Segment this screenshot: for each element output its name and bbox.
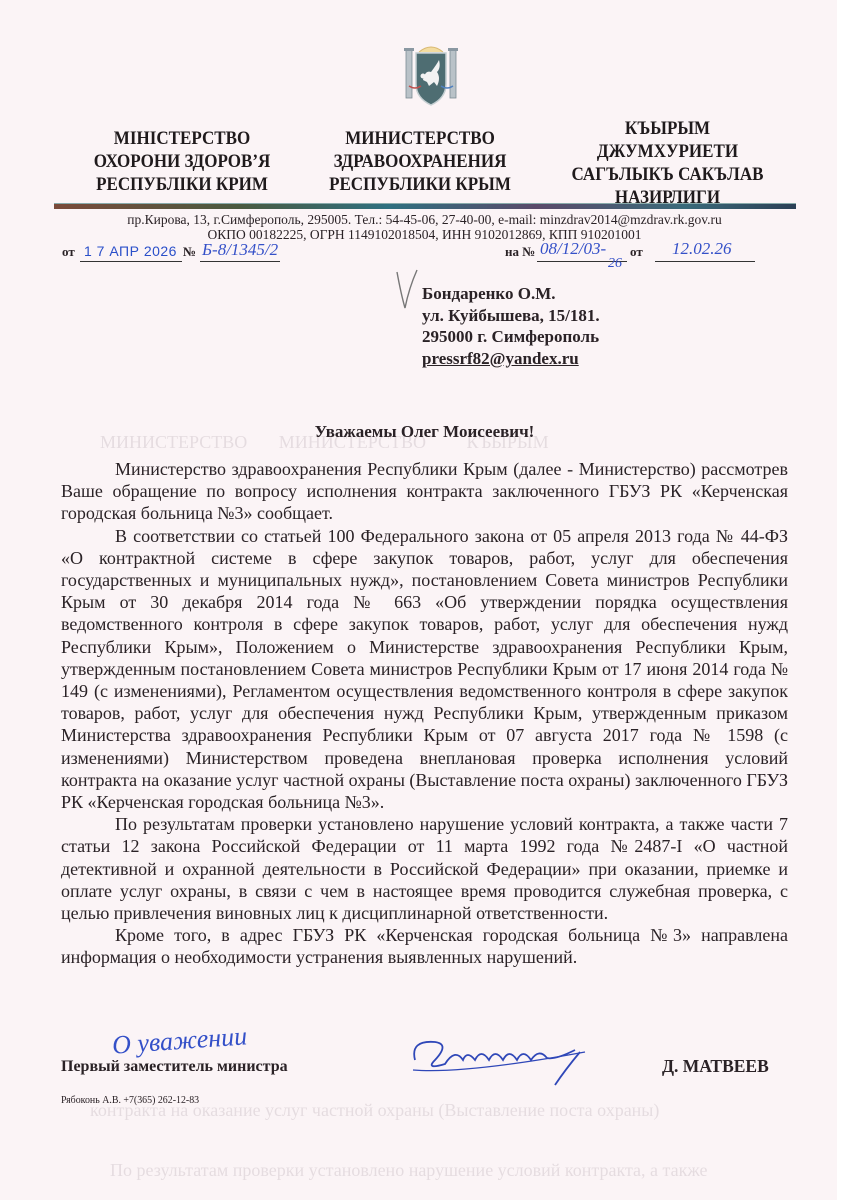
- signature-scribble-icon: [405, 1030, 615, 1090]
- heading-line: ДЖУМХУРИЕТИ: [555, 141, 780, 164]
- ministry-name-ukrainian: МІНІСТЕРСТВО ОХОРОНИ ЗДОРОВ’Я РЕСПУБЛІКИ…: [73, 128, 290, 197]
- outgoing-number-handwritten: Б-8/1345/2: [202, 240, 278, 260]
- handwritten-checkmark-icon: [395, 268, 419, 312]
- scan-edge: [837, 0, 849, 1200]
- reply-date-handwritten: 12.02.26: [672, 239, 732, 259]
- heading-line: РЕСПУБЛІКИ КРИМ: [73, 174, 290, 197]
- signatory-title: Первый заместитель министра: [61, 1058, 288, 1076]
- letter-body: Министерство здравоохранения Республики …: [61, 458, 788, 969]
- date-stamp: 1 7 АПР 2026: [84, 243, 177, 259]
- heading-line: САГЪЛЫКЪ САКЪЛАВ: [555, 164, 780, 187]
- signatory-name: Д. МАТВЕЕВ: [662, 1056, 769, 1077]
- crimea-coat-of-arms-icon: [401, 42, 461, 108]
- heading-line: МІНІСТЕРСТВО: [73, 128, 290, 151]
- bleed-through-text: По результатам проверки установлено нару…: [110, 1160, 708, 1181]
- handwritten-note: О уважении: [111, 1021, 248, 1060]
- contact-address-line: пр.Кирова, 13, г.Симферополь, 295005. Те…: [0, 212, 849, 228]
- executor-contact: Рябоконь А.В. +7(365) 262-12-83: [61, 1094, 199, 1106]
- ministry-name-russian: МИНИСТЕРСТВО ЗДРАВООХРАНЕНИЯ РЕСПУБЛИКИ …: [310, 128, 531, 197]
- addressee-street: ул. Куйбышева, 15/181.: [422, 305, 600, 327]
- body-paragraph: Министерство здравоохранения Республики …: [61, 458, 788, 525]
- addressee-name: Бондаренко О.М.: [422, 283, 600, 305]
- body-paragraph: По результатам проверки установлено нару…: [61, 813, 788, 924]
- reply-date-label: от: [630, 244, 643, 260]
- body-paragraph: Кроме того, в адрес ГБУЗ РК «Керченская …: [61, 924, 788, 968]
- letterhead-divider: [54, 203, 796, 209]
- heading-line: РЕСПУБЛИКИ КРЫМ: [310, 174, 531, 197]
- body-paragraph: В соответствии со статьей 100 Федерально…: [61, 525, 788, 814]
- heading-line: КЪЫРЫМ: [555, 118, 780, 141]
- reply-to-number-suffix: 26: [608, 256, 622, 272]
- reply-to-number-handwritten: 08/12/03-: [540, 239, 606, 259]
- number-label: №: [183, 244, 196, 260]
- ministry-name-crimean-tatar: КЪЫРЫМ ДЖУМХУРИЕТИ САГЪЛЫКЪ САКЪЛАВ НАЗИ…: [555, 118, 780, 210]
- letter-page: МИНИСТЕРСТВО МИНИСТЕРСТВО КЪЫРЫМ контрак…: [0, 0, 849, 1200]
- heading-line: ОХОРОНИ ЗДОРОВ’Я: [73, 151, 290, 174]
- heading-line: ЗДРАВООХРАНЕНИЯ: [310, 151, 531, 174]
- reply-to-label: на №: [505, 244, 535, 260]
- addressee-block: Бондаренко О.М. ул. Куйбышева, 15/181. 2…: [422, 283, 600, 369]
- from-label: от: [62, 244, 75, 260]
- addressee-city: 295000 г. Симферополь: [422, 326, 600, 348]
- salutation: Уважаемы Олег Моисеевич!: [0, 422, 849, 442]
- heading-line: МИНИСТЕРСТВО: [310, 128, 531, 151]
- addressee-email-link[interactable]: pressrf82@yandex.ru: [422, 348, 600, 370]
